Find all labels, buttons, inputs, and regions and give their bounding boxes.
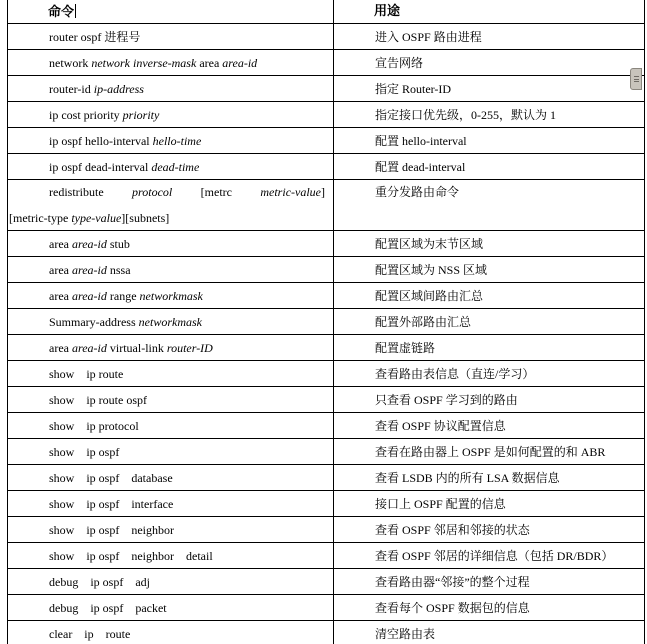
table-row: network network inverse-mask area area-i… — [8, 50, 645, 76]
table-row: area area-id nssa配置区域为 NSS 区域 — [8, 257, 645, 283]
command-text: area area-id stub — [8, 237, 333, 251]
command-text: router-id ip-address — [8, 82, 333, 96]
table-row: show ip ospf neighbor查看 OSPF 邻居和邻接的状态 — [8, 517, 645, 543]
usage-cell: 查看路由表信息（直连/学习） — [334, 361, 645, 387]
usage-cell: 配置区域间路由汇总 — [334, 283, 645, 309]
table-row: show ip ospf查看在路由器上 OSPF 是如何配置的和 ABR — [8, 439, 645, 465]
usage-text: 查看路由表信息（直连/学习） — [334, 367, 644, 381]
text-cursor — [75, 4, 76, 18]
usage-cell: 配置 hello-interval — [334, 128, 645, 154]
usage-cell: 重分发路由命令 — [334, 180, 645, 231]
usage-text: 配置 hello-interval — [334, 134, 644, 148]
command-line-1: redistributeprotocol[metrcmetric-value] — [8, 180, 333, 199]
command-text: show ip route — [8, 367, 333, 381]
command-cell: redistributeprotocol[metrcmetric-value][… — [8, 180, 334, 231]
table-row: debug ip ospf adj查看路由器“邻接”的整个过程 — [8, 569, 645, 595]
command-cell: show ip ospf neighbor — [8, 517, 334, 543]
usage-cell: 查看路由器“邻接”的整个过程 — [334, 569, 645, 595]
command-text: area area-id range networkmask — [8, 289, 333, 303]
grip-lines-icon — [634, 76, 639, 82]
usage-cell: 查看 OSPF 邻居和邻接的状态 — [334, 517, 645, 543]
table-row: router ospf 进程号进入 OSPF 路由进程 — [8, 24, 645, 50]
command-cell: area area-id stub — [8, 231, 334, 257]
usage-cell: 指定接口优先级，0-255，默认为 1 — [334, 102, 645, 128]
command-cell: ip ospf hello-interval hello-time — [8, 128, 334, 154]
table-row: debug ip ospf packet查看每个 OSPF 数据包的信息 — [8, 595, 645, 621]
usage-cell: 查看在路由器上 OSPF 是如何配置的和 ABR — [334, 439, 645, 465]
usage-cell: 指定 Router-ID — [334, 76, 645, 102]
usage-text: 查看 OSPF 邻居和邻接的状态 — [334, 523, 644, 537]
command-text: debug ip ospf packet — [8, 601, 333, 615]
table-row: area area-id virtual-link router-ID配置虚链路 — [8, 335, 645, 361]
table-row: clear ip route清空路由表 — [8, 621, 645, 644]
command-text: show ip ospf — [8, 445, 333, 459]
command-text: clear ip route — [8, 627, 333, 641]
usage-text: 配置 dead-interval — [334, 160, 644, 174]
usage-cell: 只查看 OSPF 学习到的路由 — [334, 387, 645, 413]
usage-text: 配置区域间路由汇总 — [334, 289, 644, 303]
command-cell: show ip route — [8, 361, 334, 387]
command-text: Summary-address networkmask — [8, 315, 333, 329]
command-cell: ip cost priority priority — [8, 102, 334, 128]
table-row: area area-id stub配置区域为末节区域 — [8, 231, 645, 257]
header-command: 命令 — [8, 0, 334, 24]
header-usage: 用途 — [334, 0, 645, 24]
usage-text: 配置区域为 NSS 区域 — [334, 263, 644, 277]
command-cell: show ip protocol — [8, 413, 334, 439]
command-line-2: [metric-type type-value][subnets] — [8, 199, 333, 225]
table-row: show ip ospf interface接口上 OSPF 配置的信息 — [8, 491, 645, 517]
command-cell: router-id ip-address — [8, 76, 334, 102]
command-cell: show ip route ospf — [8, 387, 334, 413]
usage-cell: 配置虚链路 — [334, 335, 645, 361]
table-row: area area-id range networkmask配置区域间路由汇总 — [8, 283, 645, 309]
table-row: ip ospf hello-interval hello-time配置 hell… — [8, 128, 645, 154]
command-text: show ip ospf neighbor — [8, 523, 333, 537]
command-text: router ospf 进程号 — [8, 30, 333, 44]
table-row: ip cost priority priority指定接口优先级，0-255，默… — [8, 102, 645, 128]
table-row: redistributeprotocol[metrcmetric-value][… — [8, 180, 645, 231]
command-cell: ip ospf dead-interval dead-time — [8, 154, 334, 180]
usage-text: 配置虚链路 — [334, 341, 644, 355]
usage-text: 查看 LSDB 内的所有 LSA 数据信息 — [334, 471, 644, 485]
command-cell: debug ip ospf adj — [8, 569, 334, 595]
usage-text: 重分发路由命令 — [334, 180, 644, 199]
usage-cell: 宣告网络 — [334, 50, 645, 76]
usage-text: 查看路由器“邻接”的整个过程 — [334, 575, 644, 589]
command-text: show ip ospf interface — [8, 497, 333, 511]
command-text: ip ospf dead-interval dead-time — [8, 160, 333, 174]
usage-text: 进入 OSPF 路由进程 — [334, 30, 644, 44]
command-cell: area area-id range networkmask — [8, 283, 334, 309]
table-row: show ip route查看路由表信息（直连/学习） — [8, 361, 645, 387]
table-row: show ip protocol查看 OSPF 协议配置信息 — [8, 413, 645, 439]
command-cell: area area-id nssa — [8, 257, 334, 283]
command-text: show ip route ospf — [8, 393, 333, 407]
command-cell: router ospf 进程号 — [8, 24, 334, 50]
table-row: router-id ip-address指定 Router-ID — [8, 76, 645, 102]
usage-cell: 配置区域为 NSS 区域 — [334, 257, 645, 283]
command-text: network network inverse-mask area area-i… — [8, 56, 333, 70]
usage-cell: 配置区域为末节区域 — [334, 231, 645, 257]
usage-text: 清空路由表 — [334, 627, 644, 641]
command-text: show ip ospf database — [8, 471, 333, 485]
usage-text: 宣告网络 — [334, 56, 644, 70]
command-text: area area-id nssa — [8, 263, 333, 277]
command-cell: show ip ospf neighbor detail — [8, 543, 334, 569]
usage-text: 只查看 OSPF 学习到的路由 — [334, 393, 644, 407]
ospf-command-table: 命令 用途 router ospf 进程号进入 OSPF 路由进程network… — [7, 0, 645, 644]
usage-cell: 进入 OSPF 路由进程 — [334, 24, 645, 50]
table-row: show ip ospf database查看 LSDB 内的所有 LSA 数据… — [8, 465, 645, 491]
table-row: Summary-address networkmask配置外部路由汇总 — [8, 309, 645, 335]
command-cell: Summary-address networkmask — [8, 309, 334, 335]
command-cell: show ip ospf database — [8, 465, 334, 491]
table-row: show ip ospf neighbor detail查看 OSPF 邻居的详… — [8, 543, 645, 569]
usage-text: 查看在路由器上 OSPF 是如何配置的和 ABR — [334, 445, 644, 459]
table-row: ip ospf dead-interval dead-time配置 dead-i… — [8, 154, 645, 180]
usage-text: 查看每个 OSPF 数据包的信息 — [334, 601, 644, 615]
usage-cell: 查看 OSPF 协议配置信息 — [334, 413, 645, 439]
usage-text: 配置外部路由汇总 — [334, 315, 644, 329]
usage-cell: 查看每个 OSPF 数据包的信息 — [334, 595, 645, 621]
usage-cell: 清空路由表 — [334, 621, 645, 644]
table-row: show ip route ospf只查看 OSPF 学习到的路由 — [8, 387, 645, 413]
command-text: show ip ospf neighbor detail — [8, 549, 333, 563]
usage-text: 指定接口优先级，0-255，默认为 1 — [334, 108, 644, 122]
usage-cell: 查看 OSPF 邻居的详细信息（包括 DR/BDR） — [334, 543, 645, 569]
command-text: debug ip ospf adj — [8, 575, 333, 589]
usage-text: 查看 OSPF 协议配置信息 — [334, 419, 644, 433]
command-cell: debug ip ospf packet — [8, 595, 334, 621]
command-cell: show ip ospf — [8, 439, 334, 465]
table-header-row: 命令 用途 — [8, 0, 645, 24]
command-cell: area area-id virtual-link router-ID — [8, 335, 334, 361]
command-text: ip cost priority priority — [8, 108, 333, 122]
splitter-grip-icon[interactable] — [630, 68, 642, 90]
usage-text: 接口上 OSPF 配置的信息 — [334, 497, 644, 511]
command-cell: clear ip route — [8, 621, 334, 644]
usage-cell: 查看 LSDB 内的所有 LSA 数据信息 — [334, 465, 645, 491]
command-cell: show ip ospf interface — [8, 491, 334, 517]
command-text: area area-id virtual-link router-ID — [8, 341, 333, 355]
usage-text: 配置区域为末节区域 — [334, 237, 644, 251]
usage-cell: 接口上 OSPF 配置的信息 — [334, 491, 645, 517]
command-text: ip ospf hello-interval hello-time — [8, 134, 333, 148]
usage-cell: 配置 dead-interval — [334, 154, 645, 180]
usage-cell: 配置外部路由汇总 — [334, 309, 645, 335]
command-cell: network network inverse-mask area area-i… — [8, 50, 334, 76]
command-text: show ip protocol — [8, 419, 333, 433]
usage-text: 查看 OSPF 邻居的详细信息（包括 DR/BDR） — [334, 549, 644, 563]
usage-text: 指定 Router-ID — [334, 82, 644, 96]
